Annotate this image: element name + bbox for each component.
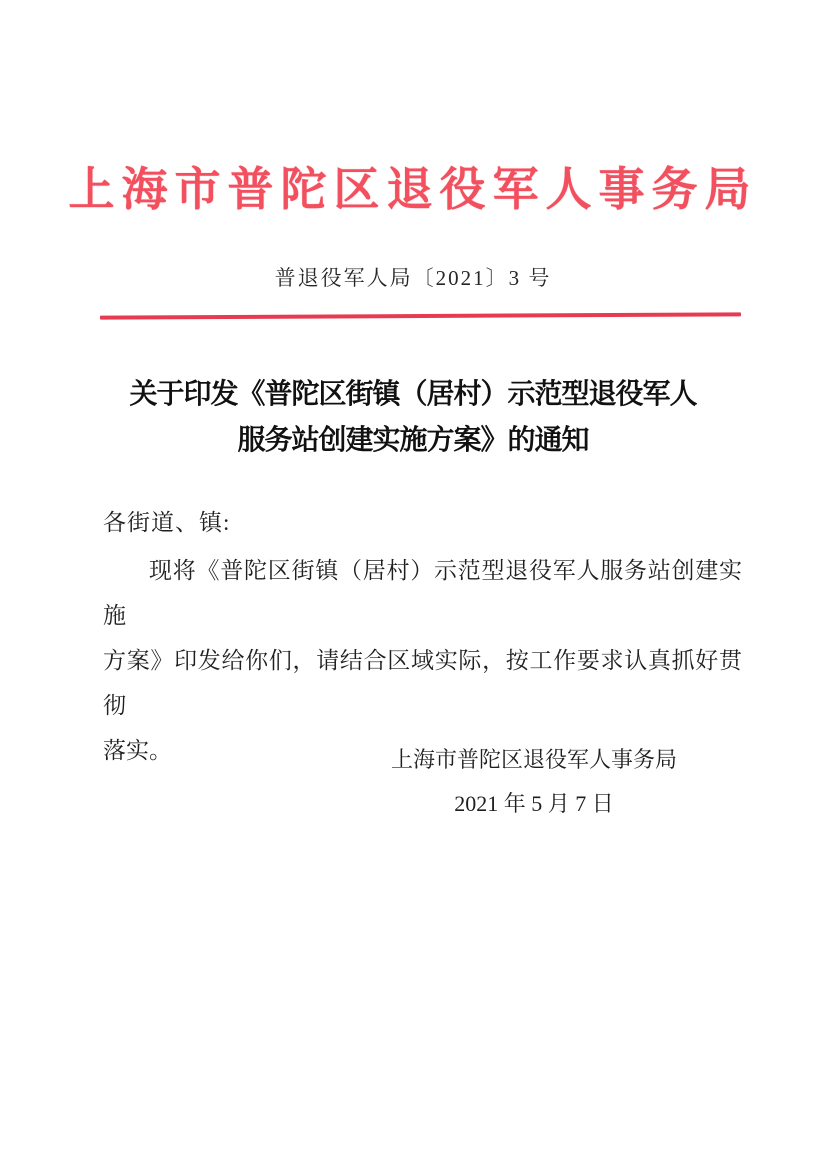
signature-block: 上海市普陀区退役军人事务局 2021 年 5 月 7 日 — [388, 738, 680, 826]
red-divider-rule — [100, 312, 741, 319]
document-title-line-2: 服务站创建实施方案》的通知 — [0, 418, 826, 464]
salutation: 各街道、镇: — [103, 506, 230, 540]
document-page: 上海市普陀区退役军人事务局 普退役军人局〔2021〕3 号 关于印发《普陀区街镇… — [0, 0, 826, 1168]
signature-date: 2021 年 5 月 7 日 — [388, 782, 680, 826]
document-number: 普退役军人局〔2021〕3 号 — [0, 262, 826, 294]
document-title-line-1: 关于印发《普陀区街镇（居村）示范型退役军人 — [0, 372, 826, 418]
paragraph-line: 现将《普陀区街镇（居村）示范型退役军人服务站创建实施 — [103, 548, 742, 638]
letterhead-agency-title: 上海市普陀区退役军人事务局 — [0, 158, 826, 222]
document-title: 关于印发《普陀区街镇（居村）示范型退役军人 服务站创建实施方案》的通知 — [0, 372, 826, 464]
signature-agency: 上海市普陀区退役军人事务局 — [388, 738, 680, 782]
paragraph-line: 方案》印发给你们，请结合区域实际，按工作要求认真抓好贯彻 — [103, 638, 742, 728]
